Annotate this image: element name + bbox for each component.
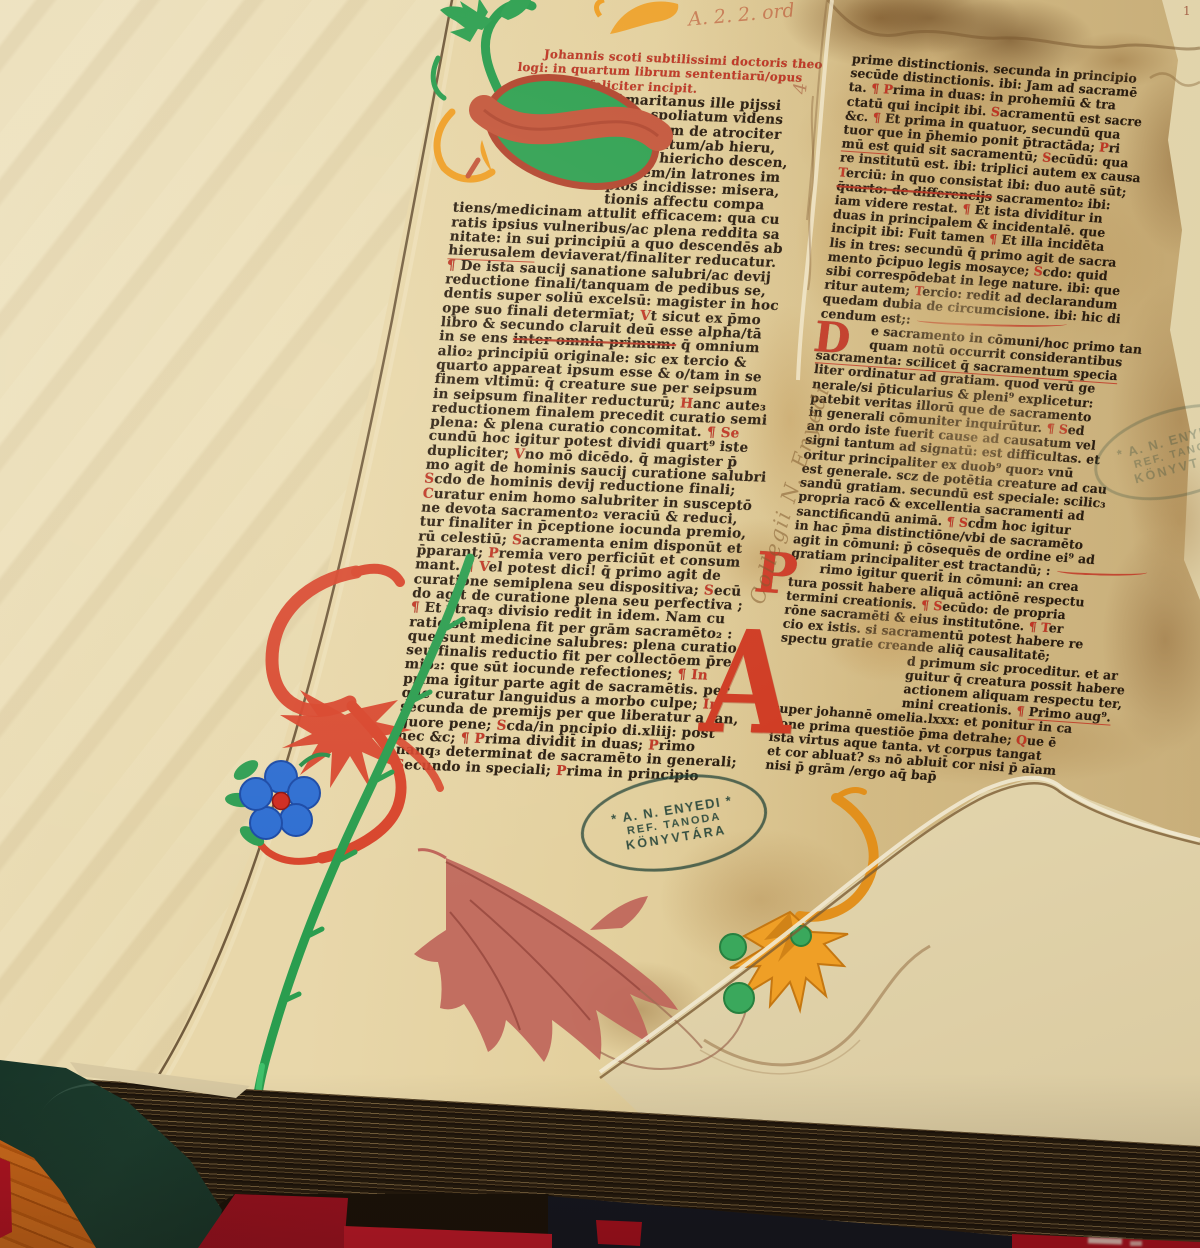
manuscript-photo: Johannis scoti subtilissimi doctoris the…	[0, 0, 1200, 1248]
label-smudge	[1130, 1241, 1142, 1246]
label-smudge	[1088, 1237, 1122, 1244]
overlay-stains	[0, 0, 1200, 1248]
folio-number: 1	[1183, 4, 1191, 18]
margin-mark: 4	[790, 82, 812, 95]
